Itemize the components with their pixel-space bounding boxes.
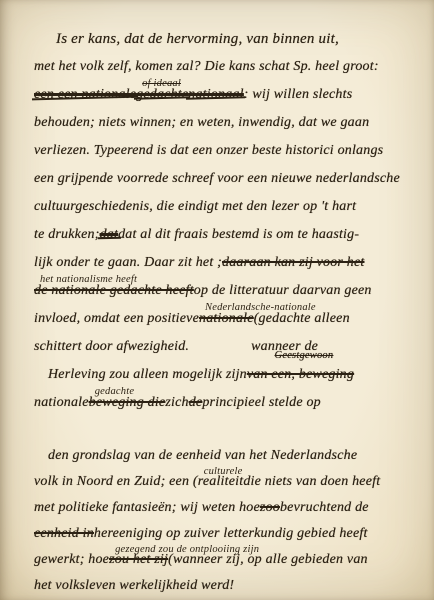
manuscript-line: Herleving zou alleen mogelijk zijn van e…: [34, 361, 418, 389]
struck-text: nationaleNederlandsche-nationale: [199, 305, 254, 333]
manuscript-line: te drukken; dat dat al dit fraais bestem…: [34, 221, 418, 249]
manuscript-line: met het volk zelf, komen zal? Die kans s…: [34, 53, 418, 81]
manuscript-line: het volksleven werkelijkheid werd!: [34, 573, 418, 599]
handwritten-text: (wanneer zij, op alle gebieden van: [168, 547, 368, 573]
struck-text: de nationale gedachte heefthet nationali…: [34, 277, 194, 305]
manuscript-line: met politieke fantasieën; wij weten hoe …: [34, 495, 418, 521]
interlinear-insertion: culturele: [204, 467, 243, 478]
handwritten-text: het volksleven werkelijkheid werd!: [34, 573, 234, 599]
manuscript-line: volk in Noord en Zuid; een (realiteitcul…: [34, 469, 418, 495]
handwritten-text: zich: [165, 389, 188, 417]
manuscript-line: nationale beweging diegedachte zich de p…: [34, 389, 418, 417]
manuscript-text: Is er kans, dat de hervorming, van binne…: [34, 25, 418, 599]
struck-text: van een, beweging: [247, 361, 354, 389]
handwritten-text: invloed, omdat een positieve: [34, 305, 199, 333]
handwritten-text: (gedachte alleen: [254, 305, 350, 333]
handwritten-text: : wij willen slechts: [244, 81, 353, 109]
handwritten-text: een grijpende voorrede schreef voor een …: [34, 165, 400, 193]
struck-text: nationaal: [188, 81, 243, 109]
struck-text: een een nationale: [34, 81, 136, 109]
handwritten-text: met politieke fantasieën; wij weten hoe: [34, 495, 260, 521]
struck-text: gedachteof ideaal: [136, 81, 188, 109]
manuscript-line: Is er kans, dat de hervorming, van binne…: [34, 25, 418, 53]
manuscript-line: behouden; niets winnen; en weten, inwend…: [34, 109, 418, 137]
manuscript-line: cultuurgeschiedenis, die eindigt met den…: [34, 193, 418, 221]
manuscript-line: gewerkt; hoe zou het zijgezegend zou de …: [34, 547, 418, 573]
interlinear-deletion: Geestgewoon: [275, 351, 334, 362]
handwritten-text: schittert door afwezigheid.: [34, 333, 189, 361]
paragraph-block-1: Is er kans, dat de hervorming, van binne…: [34, 25, 418, 417]
handwritten-text: cultuurgeschiedenis, die eindigt met den…: [34, 193, 356, 221]
manuscript-line: schittert door afwezigheid.wanneer deGee…: [34, 333, 418, 361]
handwritten-text: op de litteratuur daarvan geen: [194, 277, 372, 305]
handwritten-text: lijk onder te gaan. Daar zit het ;: [34, 249, 222, 277]
interlinear-insertion: het nationalisme heeft: [40, 275, 137, 286]
manuscript-page: Is er kans, dat de hervorming, van binne…: [0, 0, 434, 600]
handwritten-text: volk in Noord en Zuid; een (: [34, 469, 198, 495]
manuscript-line: verliezen. Typeerend is dat een onzer be…: [34, 137, 418, 165]
struck-text: beweging diegedachte: [89, 389, 166, 417]
handwritten-text: behouden; niets winnen; en weten, inwend…: [34, 109, 369, 137]
handwritten-text: Herleving zou alleen mogelijk zijn: [48, 361, 247, 389]
handwritten-text: principieel stelde op: [202, 389, 321, 417]
struck-text: dat: [100, 221, 119, 249]
struck-text: zoo: [260, 495, 280, 521]
handwritten-text: den grondslag van de eenheid van het Ned…: [48, 443, 357, 469]
struck-text: eenheid in: [34, 521, 94, 547]
manuscript-line: de nationale gedachte heefthet nationali…: [34, 277, 418, 305]
handwritten-text: met het volk zelf, komen zal? Die kans s…: [34, 53, 379, 81]
handwritten-text: dat al dit fraais bestemd is om te haast…: [118, 221, 359, 249]
manuscript-line: invloed, omdat een positieve nationaleNe…: [34, 305, 418, 333]
handwritten-text: nationale: [34, 389, 89, 417]
struck-text: zou het zijgezegend zou de ontplooiing z…: [109, 547, 168, 573]
handwritten-text: verliezen. Typeerend is dat een onzer be…: [34, 137, 383, 165]
handwritten-text: realiteitculturele: [198, 469, 244, 495]
handwritten-text: die niets van doen heeft: [243, 469, 380, 495]
manuscript-line: lijk onder te gaan. Daar zit het ; daara…: [34, 249, 418, 277]
handwritten-text: gewerkt; hoe: [34, 547, 109, 573]
interlinear-insertion: of ideaal: [142, 79, 181, 90]
struck-text: de: [189, 389, 203, 417]
paragraph-block-2: den grondslag van de eenheid van het Ned…: [34, 443, 418, 599]
struck-text: daaraan kan zij voor het: [222, 249, 364, 277]
handwritten-text: wanneer deGeestgewoon: [251, 333, 318, 361]
handwritten-text: Is er kans, dat de hervorming, van binne…: [56, 25, 339, 53]
manuscript-line: een grijpende voorrede schreef voor een …: [34, 165, 418, 193]
manuscript-line: een een nationale gedachteof ideaal nati…: [34, 81, 418, 109]
interlinear-insertion: gedachte: [95, 387, 135, 398]
handwritten-text: bevruchtend de: [280, 495, 369, 521]
handwritten-text: te drukken;: [34, 221, 100, 249]
